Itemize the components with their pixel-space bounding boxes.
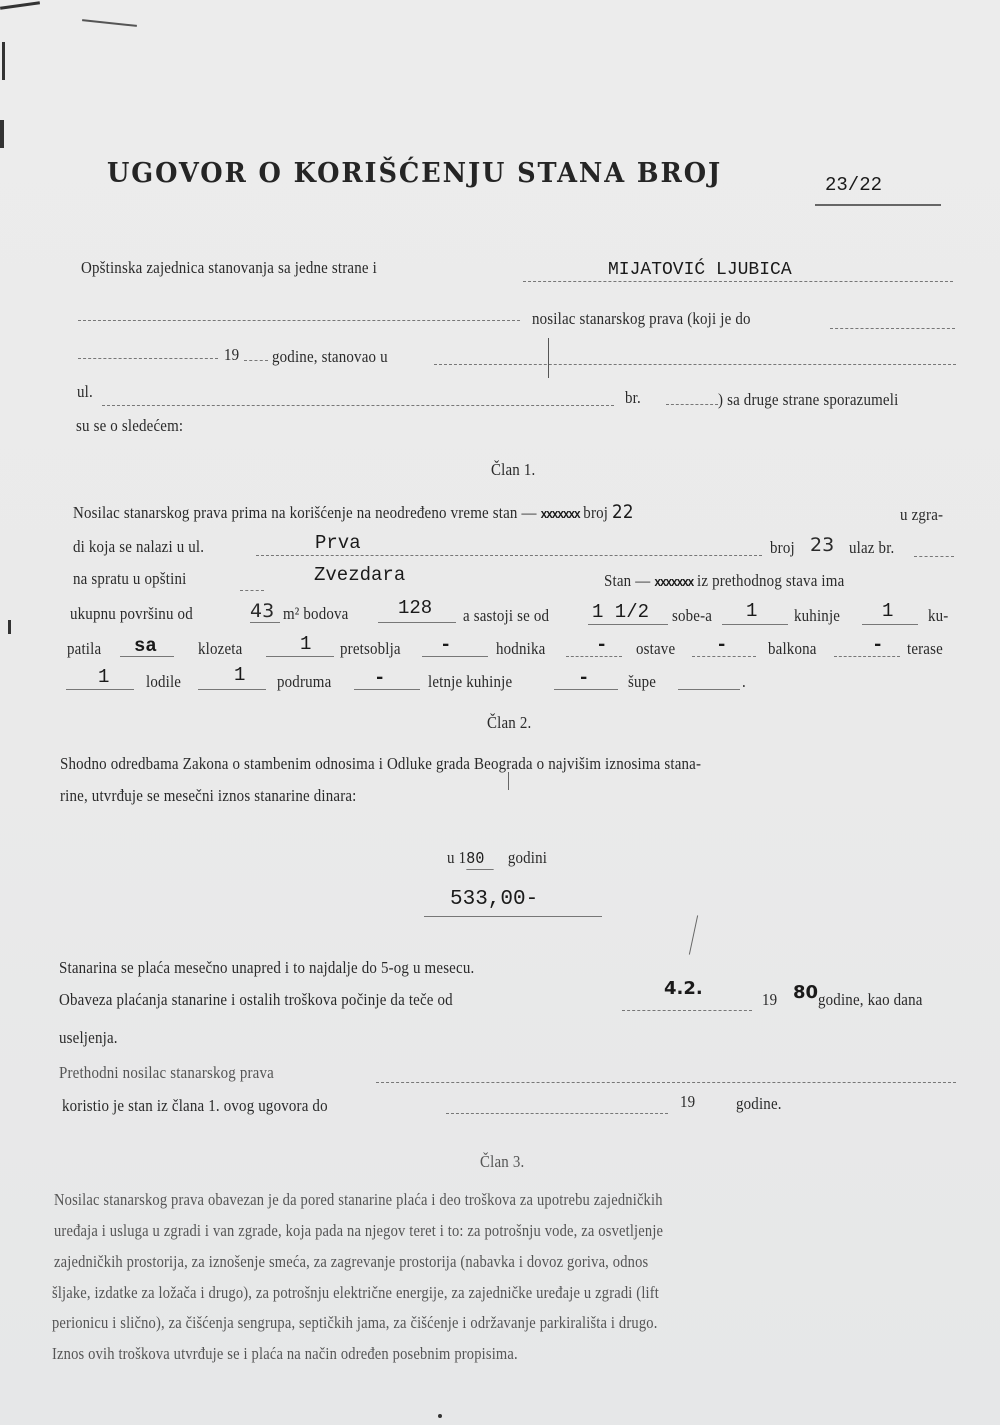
terrace-field [66,689,134,690]
article-2-paragraph-line2: rine, utvrđuje se mesečni iznos stanarin… [60,786,357,806]
building-number: 23 [810,534,834,556]
margin-mark [0,1,40,10]
shed-label: šupe [628,672,656,692]
street-field [256,555,762,556]
points-value: 128 [398,597,432,619]
corridor-label: hodnika [496,639,545,659]
summer-kitchen-value: - [578,667,589,689]
blank-field [830,328,955,329]
entrance-field [914,556,954,557]
terrace-value: 1 [98,666,109,688]
area-field [250,622,280,623]
other-party-text: ) sa druge strane sporazumeli [718,390,898,410]
bathrooms-field [862,624,918,625]
kitchens-field [722,624,788,625]
stray-mark [548,338,549,378]
basement-value: - [374,667,385,689]
article-3-line: uređaja i usluga u zgradi i van zgrade, … [54,1221,663,1241]
toilets-value: 1 [300,633,311,655]
blank-field [434,364,956,365]
stan-text: Stan — [604,571,650,590]
prethodnog-text: iz prethodnog stava ima [697,571,844,590]
used-until-field [446,1113,668,1114]
margin-mark [2,42,5,80]
previous-holder-field [376,1082,956,1083]
rent-year-prefix: u 1 [447,848,466,867]
year-prefix: 19 [224,345,239,365]
rooms-label: sobe-a [672,606,712,626]
tenant-name: MIJATOVIĆ LJUBICA [608,260,792,280]
area-value: 43 [250,600,274,622]
tenant-name-field [523,281,953,282]
building-label: broj [770,538,795,558]
start-year-prefix: 19 [762,990,777,1010]
article-1-line1-end: u zgra- [900,505,943,525]
bathroom-with-field [120,656,174,657]
storage-field [692,656,756,657]
balcony-value: - [872,634,883,656]
intro-party-text: Opštinska zajednica stanovanja sa jedne … [81,258,377,278]
corridor-field [566,656,622,657]
street-name: Prva [315,532,361,554]
toilets-label: klozeta [198,639,242,659]
rooms-value: 1 1/2 [592,601,649,623]
article-3-line: zajedničkih prostorija, za iznošenje sme… [54,1252,648,1272]
blank-field [102,405,614,406]
article-2-paragraph-line1: Shodno odredbama Zakona o stambenim odno… [60,754,701,774]
obligation-text: Obaveza plaćanja stanarine i ostalih tro… [59,990,453,1010]
summer-kitchen-field [554,689,618,690]
article-1-line3-start: na spratu u opštini [73,569,186,589]
article-1-line2-start: di koja se nalazi u ul. [73,537,204,557]
basement-field [354,689,420,690]
number-label: br. [625,388,641,408]
bathrooms-value: 1 [882,600,893,622]
margin-mark [82,19,137,27]
payment-terms: Stanarina se plaća mesečno unapred i to … [59,958,474,978]
blank-field [666,404,718,405]
hall-field [422,656,488,657]
terrace-label: terase [907,639,943,659]
summer-kitchen-label: letnje kuhinje [428,672,512,692]
margin-mark [0,120,4,148]
start-year: 80 [793,982,818,1003]
used-until-label: koristio je stan iz člana 1. ovog ugovor… [62,1096,328,1116]
stray-mark [438,1414,442,1418]
blank-field [78,320,520,321]
intro-closing: su se o sledećem: [76,416,183,436]
article-1-line1: Nosilac stanarskog prava prima na korišć… [73,501,634,523]
storage-label: ostave [636,639,675,659]
stray-mark [689,915,698,954]
struck-word: xxxxxxx [654,575,693,590]
article-1-heading: Član 1. [491,460,535,480]
loggia-value: 1 [234,664,245,686]
year-suffix: godine, stanovao u [272,347,388,367]
floor-field [240,590,264,591]
basement-label: podruma [277,672,331,692]
kitchens-value: 1 [746,600,757,622]
previous-holder-label: Prethodni nosilac stanarskog prava [59,1063,274,1083]
entrance-label: ulaz br. [849,538,894,558]
article-3-line: perionicu i slično), za čišćenja sengrup… [52,1313,658,1333]
balcony-label: balkona [768,639,817,659]
rooms-field [588,624,668,625]
hall-value: - [440,634,451,656]
rent-year-label: u 180 godini [447,848,547,869]
balcony-field [834,656,900,657]
rent-year: 80 [466,850,493,870]
obligation-end: godine, kao dana [818,990,923,1010]
consists-label: a sastoji se od [463,606,549,626]
kitchens-label: kuhinje [794,606,840,626]
municipality-name: Zvezdara [314,564,405,586]
bathrooms-label-2: patila [67,639,101,659]
article-3-line: šljake, izdatke za ložača i drugo), za p… [52,1283,659,1303]
article-1-text: Nosilac stanarskog prava prima na korišć… [73,503,537,522]
article-3-line: Nosilac stanarskog prava obavezan je da … [54,1190,663,1210]
hall-label: pretsoblja [340,639,401,659]
toilets-field [266,656,334,657]
loggia-label: lodile [146,672,181,692]
stan-label: Stan — xxxxxxx iz prethodnog stava ima [604,571,844,591]
shed-field [678,689,740,690]
start-date-field [622,1010,752,1011]
article-3-line: Iznos ovih troškova utvrđuje se i plaća … [52,1344,518,1364]
obligation-end-2: useljenja. [59,1028,118,1048]
blank-field [78,358,218,359]
holder-text: nosilac stanarskog prava (koji je do [532,309,751,329]
street-label: ul. [77,382,93,402]
used-until-year-prefix: 19 [680,1092,695,1112]
start-date: 4.2. [664,978,703,999]
blank-field [244,360,268,361]
apt-label: broj [583,503,608,522]
article-2-heading: Član 2. [487,713,531,733]
bathroom-with: sa [134,635,157,657]
area-label: ukupnu površinu od [70,604,193,624]
rent-amount-field [424,916,602,917]
points-field [378,622,456,623]
bathrooms-label: ku- [928,606,948,626]
corridor-value: - [596,634,607,656]
stray-mark [508,772,509,790]
struck-word: xxxxxxx [541,507,580,522]
storage-value: - [716,634,727,656]
area-unit: m² bodova [283,604,348,624]
stray-mark [8,620,11,634]
apartment-number: 22 [612,501,634,523]
contract-number: 23/22 [825,174,882,196]
loggia-field [198,689,266,690]
period: . [742,672,746,692]
article-3-heading: Član 3. [480,1152,524,1172]
used-until-suffix: godine. [736,1094,782,1114]
rent-amount: 533,00- [450,888,538,911]
rent-year-suffix: godini [508,848,547,867]
document-page: UGOVOR O KORIŠĆENJU STANA BROJ 23/22 Opš… [0,0,1000,1425]
contract-title: UGOVOR O KORIŠĆENJU STANA BROJ [107,158,722,189]
contract-number-field: 23/22 [815,170,941,206]
